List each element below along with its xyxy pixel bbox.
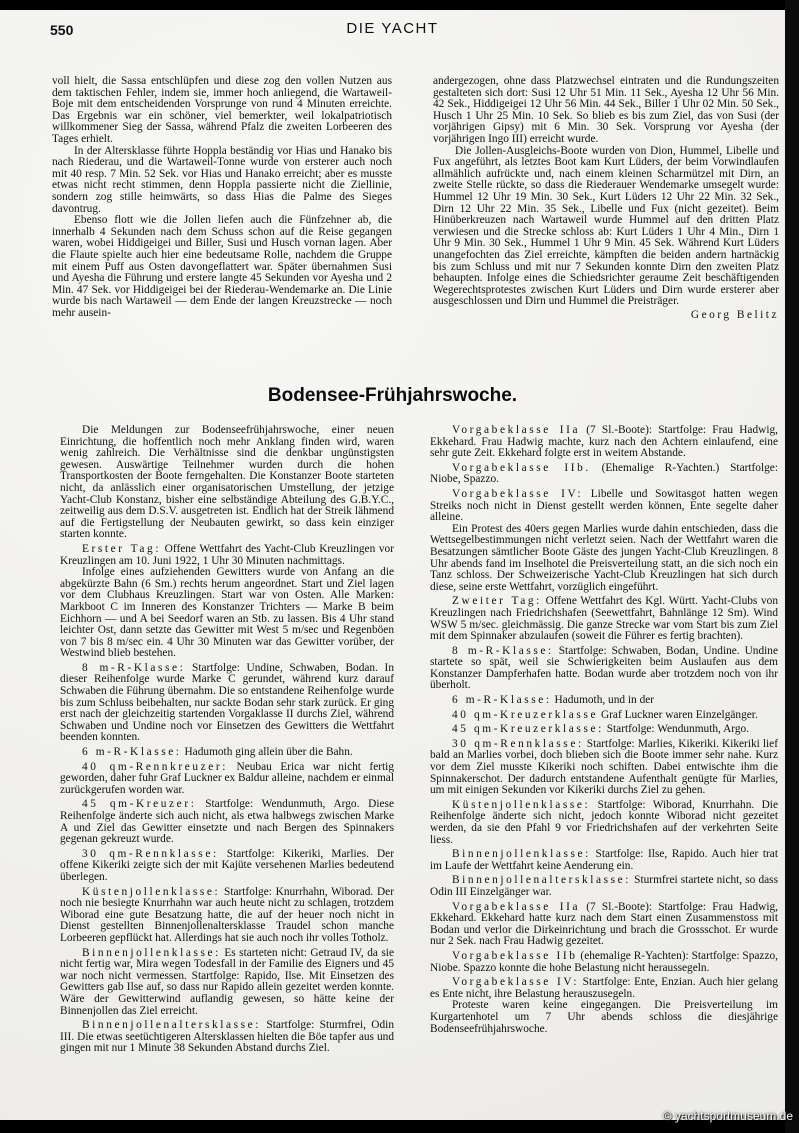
paragraph-text: Startfolge: Undine, Schwaben, Bodan. In … (60, 662, 394, 744)
section-lead: Zweiter Tag: (452, 595, 542, 607)
paragraph: 6 m-R-Klasse: Hadumoth, und in der (430, 695, 778, 707)
section-lead: 45 qm-Kreuzerklasse: (452, 723, 604, 735)
paragraph: Binnenjollenklasse: Startfolge: Ilse, Ra… (430, 849, 778, 872)
section-lead: 6 m-R-Klasse: (82, 746, 182, 758)
scan-border (785, 0, 799, 1133)
paragraph: Küstenjollenklasse: Startfolge: Knurrhah… (60, 887, 394, 945)
paragraph: 30 qm-Rennklasse: Startfolge: Kikeriki, … (60, 849, 394, 884)
section-lead: Binnenjollenaltersklasse: (452, 874, 631, 886)
article-headline: Bodensee-Frühjahrswoche. (0, 385, 785, 407)
paragraph: 8 m-R-Klasse: Startfolge: Schwaben, Boda… (430, 646, 778, 692)
paragraph: andergezogen, ohne dass Platzwechsel ein… (433, 76, 779, 146)
section-lead: 8 m-R-Klasse: (452, 645, 554, 657)
paragraph: 45 qm-Kreuzer: Startfolge: Wendunmuth, A… (60, 799, 394, 845)
paragraph-text: Die Meldungen zur Bodenseefrühjahrswoche… (60, 424, 394, 540)
paragraph: Zweiter Tag: Offene Wettfahrt des Kgl. W… (430, 596, 778, 642)
previous-article-column-right: andergezogen, ohne dass Platzwechsel ein… (433, 76, 779, 321)
section-lead: Binnenjollenklasse: (452, 848, 591, 860)
section-lead: Vorgabeklasse IIb. (452, 462, 591, 474)
paragraph: Vorgabeklasse IV: Libelle und Sowitasgot… (430, 489, 778, 524)
paragraph: 40 qm-Rennkreuzer: Neubau Erica war nich… (60, 762, 394, 797)
paragraph: Ein Protest des 40ers gegen Marlies wurd… (430, 524, 778, 594)
paragraph: In der Altersklasse führte Hoppla bestän… (52, 146, 392, 216)
section-lead: Küstenjollenklasse: (452, 799, 590, 811)
paragraph-text: Hadumoth, und in der (552, 694, 654, 706)
paragraph-text: Ein Protest des 40ers gegen Marlies wurd… (430, 523, 778, 593)
paragraph: Ebenso flott wie die Jollen liefen auch … (52, 215, 392, 319)
section-lead: Vorgabeklasse IIb (452, 950, 577, 962)
previous-article-column-left: voll hielt, die Sassa entschlüpfen und d… (52, 76, 392, 319)
paragraph: 30 qm-Rennklasse: Startfolge: Marlies, K… (430, 739, 778, 797)
paragraph: Erster Tag: Offene Wettfahrt des Yacht-C… (60, 544, 394, 567)
paragraph: 6 m-R-Klasse: Hadumoth ging allein über … (60, 747, 394, 759)
paragraph: Proteste waren keine eingegangen. Die Pr… (430, 1000, 778, 1035)
section-lead: 45 qm-Kreuzer: (82, 798, 196, 810)
paragraph: Binnenjollenaltersklasse: Sturmfrei star… (430, 875, 778, 898)
section-lead: Vorgabeklasse IV: (452, 976, 579, 988)
section-lead: Binnenjollenaltersklasse: (82, 1019, 261, 1031)
paragraph: Vorgabeklasse IIa (7 Sl.-Boote): Startfo… (430, 425, 778, 460)
paragraph: Binnenjollenklasse: Es starteten nicht: … (60, 948, 394, 1018)
paragraph: 8 m-R-Klasse: Startfolge: Undine, Schwab… (60, 663, 394, 744)
paragraph: voll hielt, die Sassa entschlüpfen und d… (52, 76, 392, 146)
section-lead: 30 qm-Rennklasse: (82, 848, 219, 860)
paragraph: Infolge eines aufziehenden Gewitters wur… (60, 567, 394, 660)
paragraph: Vorgabeklasse IV: Startfolge: Ente, Enzi… (430, 977, 778, 1000)
section-lead: Vorgabeklasse IV: (452, 488, 583, 500)
paragraph: Küstenjollenklasse: Startfolge: Wiborad,… (430, 800, 778, 846)
paragraph: 45 qm-Kreuzerklasse: Startfolge: Wendunm… (430, 724, 778, 736)
section-lead: Erster Tag: (82, 543, 161, 555)
magazine-title: DIE YACHT (0, 20, 785, 37)
watermark: © yachtsportmuseum.de (663, 1109, 793, 1123)
section-lead: 40 qm-Rennkreuzer: (82, 761, 228, 773)
paragraph: Vorgabeklasse IIb (ehemalige R-Yachten):… (430, 951, 778, 974)
article-column-left: Die Meldungen zur Bodenseefrühjahrswoche… (60, 425, 394, 1055)
section-lead: 8 m-R-Klasse: (82, 662, 185, 674)
paragraph: Vorgabeklasse IIb. (Ehemalige R-Yachten.… (430, 463, 778, 486)
section-lead: 30 qm-Rennklasse: (452, 738, 584, 750)
paragraph-text: Graf Luckner waren Einzelgänger. (598, 709, 758, 721)
author-signature: Georg Belitz (433, 310, 779, 322)
paragraph: 40 qm-Kreuzerklasse Graf Luckner waren E… (430, 710, 778, 722)
section-lead: Küstenjollenklasse: (82, 886, 220, 898)
section-lead: Binnenjollenklasse: (82, 947, 221, 959)
paragraph-text: Infolge eines aufziehenden Gewitters wur… (60, 566, 394, 659)
section-lead: Vorgabeklasse IIa (452, 424, 580, 436)
paragraph: Die Meldungen zur Bodenseefrühjahrswoche… (60, 425, 394, 541)
paragraph: Die Jollen-Ausgleichs-Boote wurden von D… (433, 146, 779, 308)
section-lead: 40 qm-Kreuzerklasse (452, 709, 598, 721)
paragraph: Vorgabeklasse IIa (7 Sl.-Boote): Startfo… (430, 902, 778, 948)
section-lead: 6 m-R-Klasse: (452, 694, 552, 706)
paragraph-text: Startfolge: Wendunmuth, Argo. (604, 723, 749, 735)
article-column-right: Vorgabeklasse IIa (7 Sl.-Boote): Startfo… (430, 425, 778, 1035)
paragraph-text: Proteste waren keine eingegangen. Die Pr… (430, 999, 778, 1034)
paragraph-text: Hadumoth ging allein über die Bahn. (182, 746, 353, 758)
section-lead: Vorgabeklasse IIa (452, 901, 580, 913)
paragraph: Binnenjollenaltersklasse: Startfolge: St… (60, 1020, 394, 1055)
